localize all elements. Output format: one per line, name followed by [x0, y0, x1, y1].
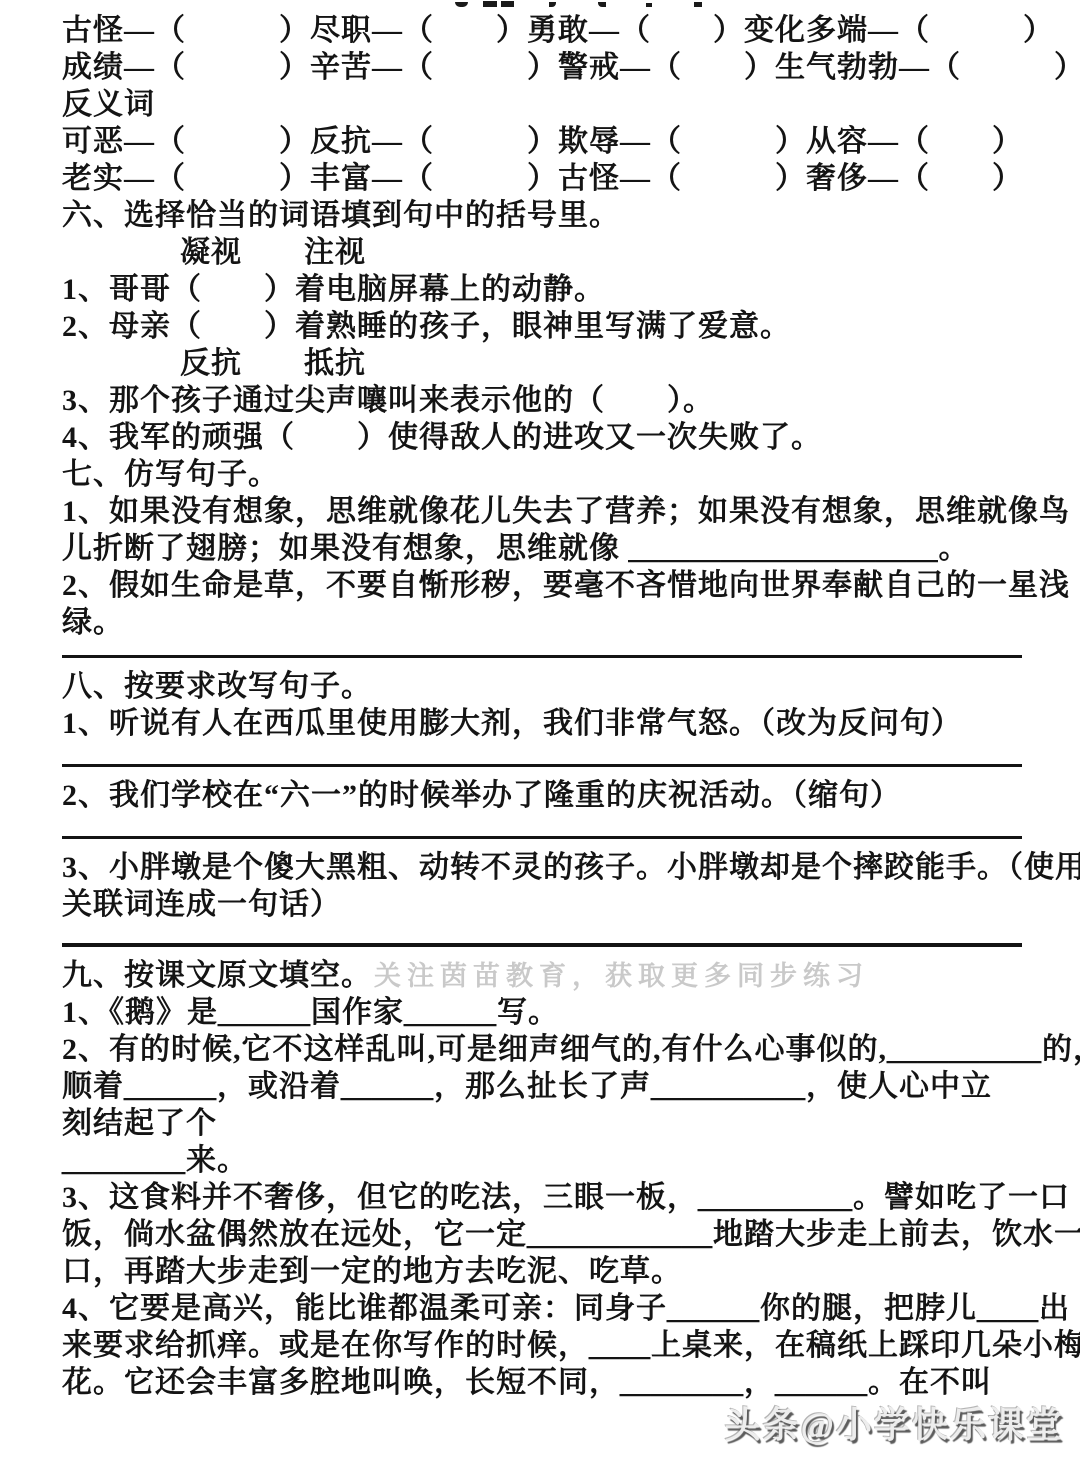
glyph-fragment: [646, 3, 652, 7]
question-line: 刻结起了个: [62, 1105, 1022, 1142]
answer-line-rule: [62, 655, 1022, 658]
section-eight-title: 八、按要求改写句子。: [62, 668, 1022, 705]
question-line: 关联词连成一句话）: [62, 886, 1022, 923]
antonym-row: 老实—（ ）丰富—（ ）古怪—（ ）奢侈—（ ）: [62, 160, 1022, 197]
inline-watermark: 关注茵苗教育，获取更多同步练习: [374, 958, 869, 995]
question-line-with-blank: 花。它还会丰富多腔地叫唤，长短不同，＿＿＿＿，＿＿＿。在不叫: [62, 1364, 1022, 1401]
question-line: 1、听说有人在西瓜里使用膨大剂，我们非常气怒。（改为反问句）: [62, 705, 1022, 742]
question-line-with-blank: 顺着＿＿＿，或沿着＿＿＿，那么扯长了声＿＿＿＿＿，使人心中立: [62, 1068, 1022, 1105]
glyph-fragment: [501, 1, 514, 7]
synonym-row: 成绩—（ ）辛苦—（ ）警戒—（ ）生气勃勃—（ ）: [62, 49, 1022, 86]
section-six-title: 六、选择恰当的词语填到句中的括号里。: [62, 197, 1022, 234]
section-divider-rule: [62, 943, 1022, 947]
question-line: 2、母亲（ ）着熟睡的孩子，眼神里写满了爱意。: [62, 308, 1022, 345]
answer-line-rule: [62, 764, 1022, 767]
question-line: 绿。: [62, 604, 1022, 641]
glyph-fragment: [455, 2, 468, 7]
section-nine-title-line: 九、按课文原文填空。 关注茵苗教育，获取更多同步练习: [62, 957, 1022, 994]
section-nine-title: 九、按课文原文填空。: [62, 959, 372, 992]
antonym-label: 反义词: [62, 86, 1022, 123]
glyph-fragment: [549, 2, 556, 7]
glyph-fragment: [483, 1, 497, 7]
question-line-with-blank: 来要求给抓痒。或是在你写作的时候，＿＿上桌来，在稿纸上踩印几朵小梅: [62, 1327, 1022, 1364]
question-line: 4、我军的顽强（ ）使得敌人的进攻又一次失败了。: [62, 419, 1022, 456]
question-line: 2、我们学校在“六一”的时候举办了隆重的庆祝活动。（缩句）: [62, 777, 1022, 814]
question-line-with-blank: 饭，倘水盆偶然放在远处，它一定＿＿＿＿＿＿地踏大步走上前去，饮水一: [62, 1216, 1022, 1253]
section-seven-title: 七、仿写句子。: [62, 456, 1022, 493]
question-line: 1、哥哥（ ）着电脑屏幕上的动静。: [62, 271, 1022, 308]
question-line: 口，再踏大步走到一定的地方去吃泥、吃草。: [62, 1253, 1022, 1290]
question-line-with-blank: 4、它要是高兴，能比谁都温柔可亲：同身子＿＿＿你的腿，把脖儿＿＿出: [62, 1290, 1022, 1327]
word-pair-choices: 凝视 注视: [62, 234, 1022, 271]
question-line-with-blank: 1、《鹅》是＿＿＿国作家＿＿＿写。: [62, 994, 1022, 1031]
question-line-with-blank: 儿折断了翅膀；如果没有想象，思维就像 ＿＿＿＿＿＿＿＿＿＿。: [62, 530, 1022, 567]
antonym-row: 可恶—（ ）反抗—（ ）欺辱—（ ）从容—（ ）: [62, 123, 1022, 160]
footer-watermark: 头条@小学快乐课堂: [62, 1401, 1064, 1449]
question-line: 3、那个孩子通过尖声嚷叫来表示他的（ ）。: [62, 382, 1022, 419]
glyph-fragment: [598, 2, 606, 7]
question-line: 2、假如生命是草，不要自惭形秽，要毫不吝惜地向世界奉献自己的一星浅: [62, 567, 1022, 604]
question-line-with-blank: 3、这食料并不奢侈，但它的吃法，三眼一板，＿＿＿＿＿。譬如吃了一口: [62, 1179, 1022, 1216]
glyph-fragment: [694, 2, 702, 7]
answer-line-rule: [62, 836, 1022, 839]
question-line: 3、小胖墩是个傻大黑粗、动转不灵的孩子。小胖墩却是个摔跤能手。（使用: [62, 849, 1022, 886]
synonym-row: 古怪—（ ）尽职—（ ）勇敢—（ ）变化多端—（ ）: [62, 12, 1022, 49]
question-line-with-blank: 2、有的时候,它不这样乱叫,可是细声细气的,有什么心事似的,＿＿＿＿＿的，: [62, 1031, 1022, 1068]
word-pair-choices: 反抗 抵抗: [62, 345, 1022, 382]
question-line-with-blank: ＿＿＿＿来。: [62, 1142, 1022, 1179]
worksheet-page: 古怪—（ ）尽职—（ ）勇敢—（ ）变化多端—（ ） 成绩—（ ）辛苦—（ ）警…: [0, 0, 1080, 1464]
question-line: 1、如果没有想象，思维就像花儿失去了营养；如果没有想象，思维就像鸟: [62, 493, 1022, 530]
